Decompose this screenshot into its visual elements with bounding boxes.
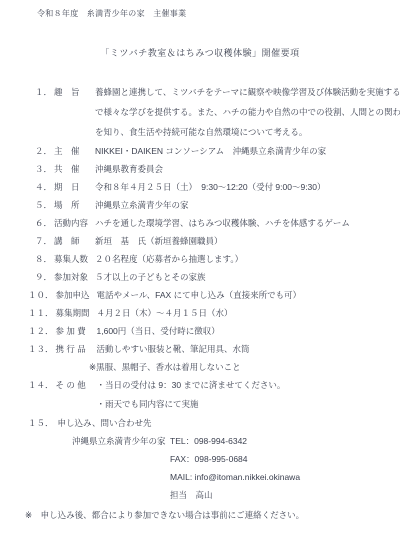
contact-details: TEL：098-994-6342 FAX：098-995-0684 MAIL: … xyxy=(170,432,300,504)
item-value: 1,600円（当日、受付時に徴収） xyxy=(97,322,400,340)
item-number: ７． xyxy=(28,232,52,250)
item-lecturer: ７． 講 師 新垣 基 氏（新垣養蜂園職員） xyxy=(28,232,400,250)
item-value: 活動しやすい服装と靴、筆記用具、水筒 xyxy=(97,340,400,358)
document-header: 令和８年度 糸満青少年の家 主催事業 xyxy=(37,8,400,20)
item-number: ３． xyxy=(28,160,52,178)
item-activities: ６． 活動内容 ハチを通した環境学習、はちみつ収穫体験、ハチを体感するゲーム xyxy=(28,214,400,232)
item-recruit-period: １１． 募集期間 ４月２日（木）～４月１５日（水） xyxy=(28,304,400,322)
item-contact-heading: １５． 申し込み、問い合わせ先 xyxy=(28,414,400,432)
contact-mail: MAIL: info@itoman.nikkei.okinawa xyxy=(170,468,300,486)
item-value: ハチを通した環境学習、はちみつ収穫体験、ハチを体感するゲーム xyxy=(95,214,400,232)
contact-tel: TEL：098-994-6342 xyxy=(170,432,300,450)
item-value: NIKKEI・DAIKEN コンソーシアム 沖縄県立糸満青少年の家 xyxy=(95,142,400,160)
belongings-note: ※黒服、黒帽子、香水は着用しないこと xyxy=(89,358,400,376)
item-cosponsor: ３． 共 催 沖縄県教育委員会 xyxy=(28,160,400,178)
item-value: 申し込み、問い合わせ先 xyxy=(58,414,152,432)
item-date: ４． 期 日 令和８年４月２５日（土） 9:30～12:20（受付 9:00～9… xyxy=(28,178,400,196)
other-bullet-1: ・当日の受付は 9：30 までに済ませてください。 xyxy=(97,376,400,395)
item-number: ４． xyxy=(28,178,52,196)
item-value: ・当日の受付は 9：30 までに済ませてください。 ・雨天でも同内容にて実施 xyxy=(97,376,400,414)
item-label: 共 催 xyxy=(54,160,90,178)
footer-note: ※ 申し込み後、都合により参加できない場合は事前にご連絡ください。 xyxy=(25,506,400,524)
item-value: 電話やメール、FAX にて申し込み（直接来所でも可） xyxy=(97,286,400,304)
item-label: 携 行 品 xyxy=(56,340,92,358)
item-purpose: １． 趣 旨 養蜂園と連携して、ミツバチをテーマに観察や映像学習及び体験活動を実… xyxy=(28,82,400,142)
item-number: １． xyxy=(28,82,52,142)
item-number: １３． xyxy=(28,340,54,358)
item-fee: １２． 参 加 費 1,600円（当日、受付時に徴収） xyxy=(28,322,400,340)
item-number: １２． xyxy=(28,322,54,340)
item-application: １０． 参加申込 電話やメール、FAX にて申し込み（直接来所でも可） xyxy=(28,286,400,304)
item-value: 令和８年４月２５日（土） 9:30～12:20（受付 9:00～9:30） xyxy=(95,178,400,196)
item-number: ２． xyxy=(28,142,52,160)
item-other: １４． そ の 他 ・当日の受付は 9：30 までに済ませてください。 ・雨天で… xyxy=(28,376,400,414)
purpose-line-1: 養蜂園と連携して、ミツバチをテーマに観察や映像学習及び体験活動を実施すること xyxy=(95,82,400,102)
item-number: １０． xyxy=(28,286,54,304)
item-label: 参 加 費 xyxy=(56,322,92,340)
other-bullet-2: ・雨天でも同内容にて実施 xyxy=(97,395,400,414)
item-capacity: ８． 募集人数 ２０名程度（応募者から抽選します。） xyxy=(28,250,400,268)
contact-facility: 沖縄県立糸満青少年の家 xyxy=(72,432,170,504)
item-label: 場 所 xyxy=(54,196,90,214)
items-list: １． 趣 旨 養蜂園と連携して、ミツバチをテーマに観察や映像学習及び体験活動を実… xyxy=(28,82,400,432)
item-label: 活動内容 xyxy=(54,214,90,232)
purpose-line-2: で様々な学びを提供する。また、ハチの能力や自然の中での役割、人間との関わり等 xyxy=(95,102,400,122)
contact-person: 担当 高山 xyxy=(170,486,300,504)
item-value: 沖縄県立糸満青少年の家 xyxy=(95,196,400,214)
item-label: 募集人数 xyxy=(54,250,90,268)
item-number: １１． xyxy=(28,304,54,322)
item-belongings: １３． 携 行 品 活動しやすい服装と靴、筆記用具、水筒 xyxy=(28,340,400,358)
item-number: ８． xyxy=(28,250,52,268)
item-place: ５． 場 所 沖縄県立糸満青少年の家 xyxy=(28,196,400,214)
item-value: ２０名程度（応募者から抽選します。） xyxy=(95,250,400,268)
item-value: 養蜂園と連携して、ミツバチをテーマに観察や映像学習及び体験活動を実施すること で… xyxy=(95,82,400,142)
item-label: 主 催 xyxy=(54,142,90,160)
item-label: 期 日 xyxy=(54,178,90,196)
item-number: １５． xyxy=(28,414,54,432)
item-label: 参加申込 xyxy=(56,286,92,304)
item-label: 参加対象 xyxy=(54,268,90,286)
item-number: ９． xyxy=(28,268,52,286)
item-label: 趣 旨 xyxy=(54,82,90,142)
item-number: １４． xyxy=(28,376,54,414)
item-number: ５． xyxy=(28,196,52,214)
item-eligibility: ９． 参加対象 ５才以上の子どもとその家族 xyxy=(28,268,400,286)
item-number: ６． xyxy=(28,214,52,232)
document-page: 令和８年度 糸満青少年の家 主催事業 「ミツバチ教室＆はちみつ収穫体験」開催要項… xyxy=(0,0,400,543)
item-value: ５才以上の子どもとその家族 xyxy=(95,268,400,286)
item-label: 募集期間 xyxy=(56,304,92,322)
item-organizer: ２． 主 催 NIKKEI・DAIKEN コンソーシアム 沖縄県立糸満青少年の家 xyxy=(28,142,400,160)
item-value: 新垣 基 氏（新垣養蜂園職員） xyxy=(95,232,400,250)
item-value: 沖縄県教育委員会 xyxy=(95,160,400,178)
item-label: 講 師 xyxy=(54,232,90,250)
item-value: ４月２日（木）～４月１５日（水） xyxy=(97,304,400,322)
purpose-line-3: を知り、食生活や持続可能な自然環境について考える。 xyxy=(95,122,400,142)
contact-fax: FAX：098-995-0684 xyxy=(170,450,300,468)
contact-block: 沖縄県立糸満青少年の家 TEL：098-994-6342 FAX：098-995… xyxy=(72,432,400,504)
document-title: 「ミツバチ教室＆はちみつ収穫体験」開催要項 xyxy=(0,46,400,60)
item-label: そ の 他 xyxy=(56,376,92,414)
